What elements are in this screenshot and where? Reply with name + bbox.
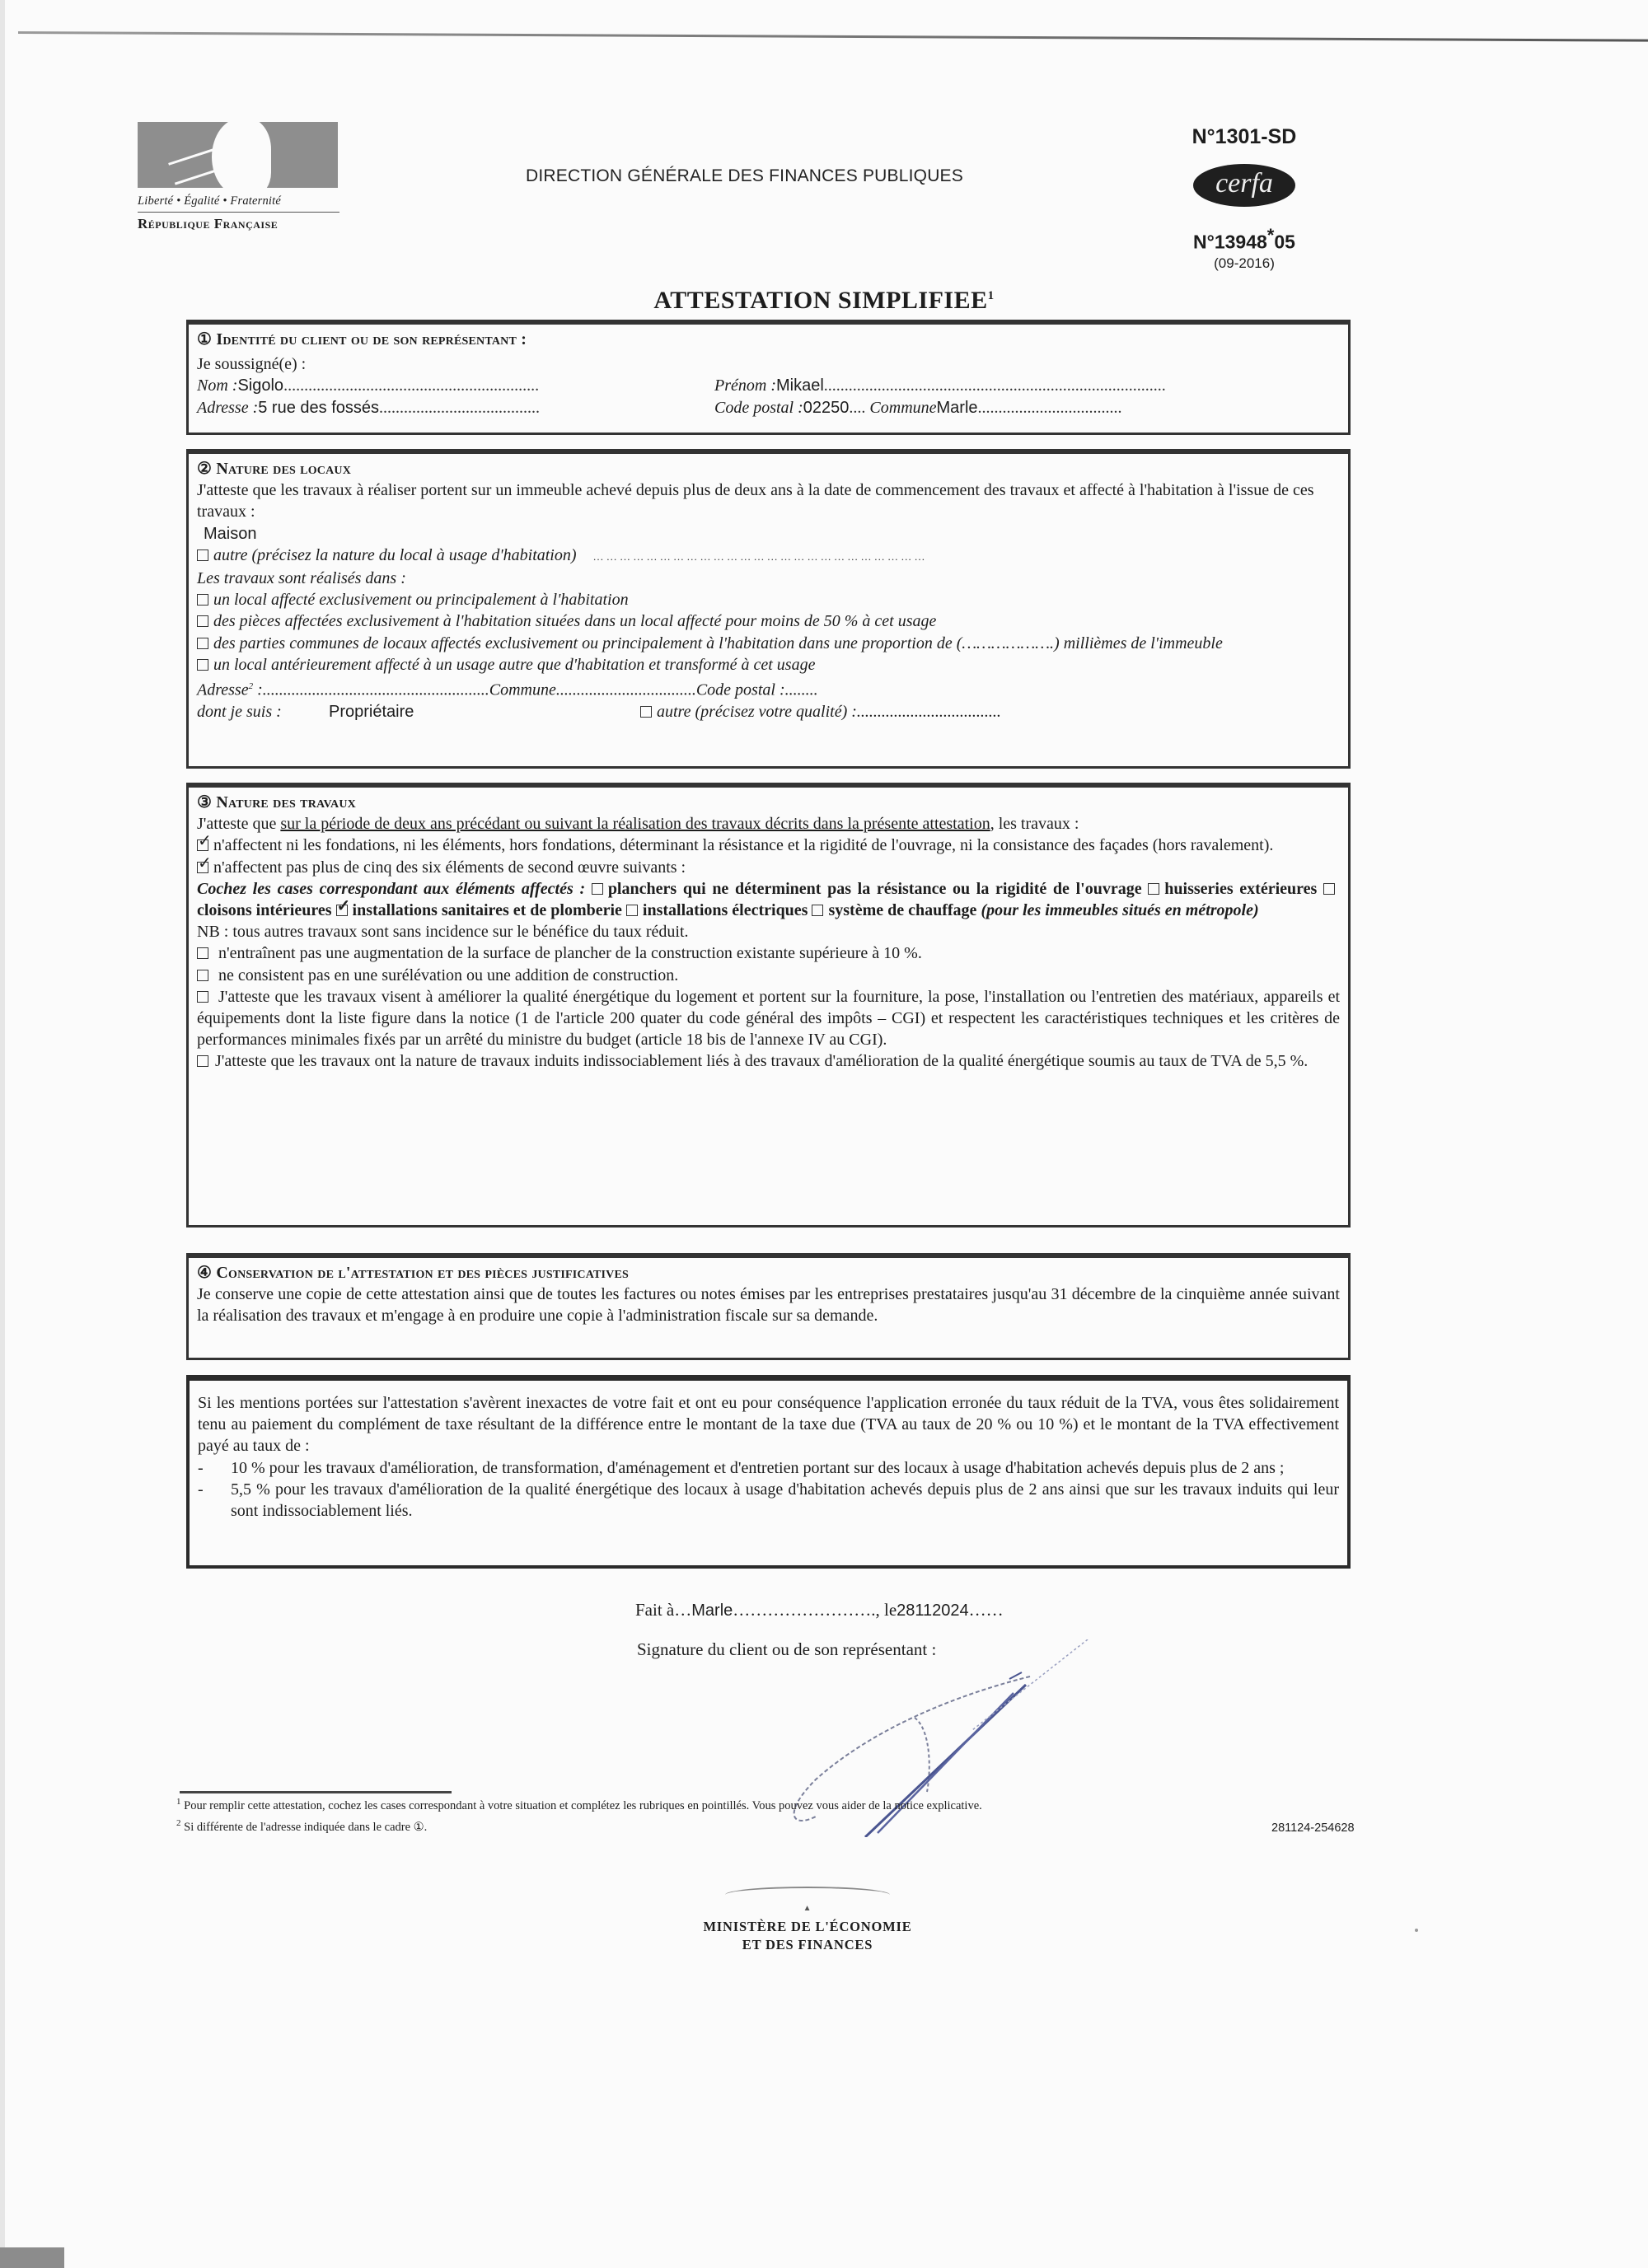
section-heading: ③ Nature des travaux	[197, 792, 1340, 813]
element-huisseries[interactable]: huisseries extérieures	[1148, 880, 1317, 898]
warning-bullet: -5,5 % pour les travaux d'amélioration d…	[198, 1479, 1339, 1522]
section-nature-travaux: ③ Nature des travaux J'atteste que sur l…	[186, 783, 1351, 1228]
code-postal-value: 02250	[803, 399, 850, 417]
autre-qualite-field[interactable]: autre (précisez votre qualité) :........…	[640, 701, 1001, 722]
checkbox-checked-icon[interactable]	[197, 862, 208, 873]
section-heading: ① Identité du client ou de son représent…	[197, 329, 1340, 350]
section-heading: ② Nature des locaux	[197, 458, 1340, 479]
conservation-text: Je conserve une copie de cette attestati…	[197, 1284, 1340, 1326]
checkbox-icon[interactable]	[197, 594, 208, 606]
travaux-item-6[interactable]: J'atteste que les travaux ont la nature …	[197, 1050, 1340, 1072]
ministere-logo: ▲ MINISTÈRE DE L'ÉCONOMIE ET DES FINANCE…	[659, 1887, 956, 1954]
element-chauffage[interactable]: système de chauffage	[812, 901, 976, 919]
option-item[interactable]: des parties communes de locaux affectés …	[197, 633, 1340, 654]
cerfa-number: N°13948*05	[1154, 225, 1335, 254]
travaux-item-2[interactable]: n'affectent pas plus de cinq des six élé…	[197, 857, 1340, 878]
cerfa-logo-icon: cerfa	[1193, 164, 1295, 207]
scan-top-line	[18, 31, 1648, 42]
cerfa-date: (09-2016)	[1154, 255, 1335, 272]
travaux-item-5[interactable]: J'atteste que les travaux visent à améli…	[197, 986, 1340, 1051]
travaux-dans-label: Les travaux sont réalisés dans :	[197, 568, 1340, 589]
commune-value: Marle	[937, 399, 978, 417]
elements-list: Cochez les cases correspondant aux éléme…	[197, 878, 1340, 921]
checkbox-autre[interactable]	[197, 549, 208, 561]
scan-corner-shade	[0, 2247, 64, 2268]
scan-left-edge	[0, 0, 5, 2268]
prenom-field[interactable]: Prénom :Mikael..........................…	[714, 375, 1166, 396]
nom-field[interactable]: Nom :Sigolo.............................…	[197, 375, 714, 396]
intro-text: Je soussigné(e) :	[197, 353, 1340, 375]
republique-francaise-logo: Liberté • Égalité • Fraternité Républiqu…	[138, 122, 339, 232]
fait-a-value[interactable]: Marle	[691, 1602, 733, 1620]
autre-field[interactable]: … … … … … … … … … … … … … … … … … … … … …	[593, 550, 925, 563]
travaux-item-3[interactable]: n'entraînent pas une augmentation de la …	[197, 942, 1340, 964]
option-item[interactable]: un local affecté exclusivement ou princi…	[197, 589, 1340, 610]
footnote-rule	[180, 1791, 452, 1793]
section-nature-locaux: ② Nature des locaux J'atteste que les tr…	[186, 449, 1351, 769]
checkbox-icon[interactable]	[640, 706, 652, 718]
checkbox-icon[interactable]	[197, 659, 208, 671]
qualite-value[interactable]: Propriétaire	[329, 701, 640, 722]
warning-box: Si les mentions portées sur l'attestatio…	[186, 1375, 1351, 1569]
cerfa-block: N°1301-SD cerfa N°13948*05 (09-2016)	[1154, 125, 1335, 272]
intro-text: J'atteste que les travaux à réaliser por…	[197, 479, 1340, 522]
warning-bullet: -10 % pour les travaux d'amélioration, d…	[198, 1457, 1339, 1479]
footnote-1: 1 Pour remplir cette attestation, cochez…	[176, 1797, 982, 1813]
date-value[interactable]: 28112024	[897, 1602, 969, 1620]
scan-speck	[1415, 1929, 1418, 1932]
nb-note: NB : tous autres travaux sont sans incid…	[197, 921, 1340, 942]
prenom-value: Mikael	[776, 376, 824, 395]
commune-field[interactable]: CommuneMarle............................…	[869, 399, 1121, 417]
checkbox-checked-icon[interactable]	[197, 839, 208, 851]
logo-motto: Liberté • Égalité • Fraternité	[138, 194, 339, 213]
dont-label: dont je suis :	[197, 701, 329, 722]
form-number: N°1301-SD	[1154, 125, 1335, 149]
intro-text: J'atteste que sur la période de deux ans…	[197, 813, 1340, 835]
document-reference: 281124-254628	[1271, 1821, 1355, 1835]
direction-title: DIRECTION GÉNÉRALE DES FINANCES PUBLIQUE…	[526, 166, 963, 186]
adresse-field[interactable]: Adresse :5 rue des fossés...............…	[197, 397, 714, 419]
option-item[interactable]: un local antérieurement affecté à un usa…	[197, 654, 1340, 676]
section-conservation: ④ Conservation de l'attestation et des p…	[186, 1253, 1351, 1360]
page-title: ATTESTATION SIMPLIFIEE1	[0, 287, 1648, 315]
warning-text: Si les mentions portées sur l'attestatio…	[198, 1392, 1339, 1457]
element-planchers[interactable]: planchers qui ne déterminent pas la rési…	[592, 880, 1142, 898]
element-electriques[interactable]: installations électriques	[626, 901, 808, 919]
marianne-icon	[138, 122, 338, 188]
code-postal-field[interactable]: Code postal :02250....	[714, 399, 865, 417]
checkbox-icon[interactable]	[197, 615, 208, 627]
logo-country: République Française	[138, 216, 339, 232]
option-item[interactable]: des pièces affectées exclusivement à l'h…	[197, 610, 1340, 632]
fait-a-line: Fait à…Marle……………………., le28112024……	[635, 1600, 1004, 1620]
nature-value[interactable]: Maison	[197, 523, 1340, 545]
section-heading: ④ Conservation de l'attestation et des p…	[197, 1262, 1340, 1284]
travaux-item-4[interactable]: ne consistent pas en une surélévation ou…	[197, 965, 1340, 986]
flame-icon: ▲	[659, 1900, 956, 1918]
travaux-item-1[interactable]: n'affectent ni les fondations, ni les él…	[197, 835, 1340, 856]
checkbox-icon[interactable]	[197, 638, 208, 649]
element-sanitaires[interactable]: installations sanitaires et de plomberie	[336, 901, 622, 919]
option-list: un local affecté exclusivement ou princi…	[197, 589, 1340, 676]
footnote-2: 2 Si différente de l'adresse indiquée da…	[176, 1818, 427, 1835]
nom-value: Sigolo	[237, 376, 283, 395]
adresse-value: 5 rue des fossés	[258, 399, 379, 417]
adresse-locaux-field[interactable]: Adresse2 :..............................…	[197, 676, 1340, 701]
section-identity: ① Identité du client ou de son représent…	[186, 320, 1351, 435]
